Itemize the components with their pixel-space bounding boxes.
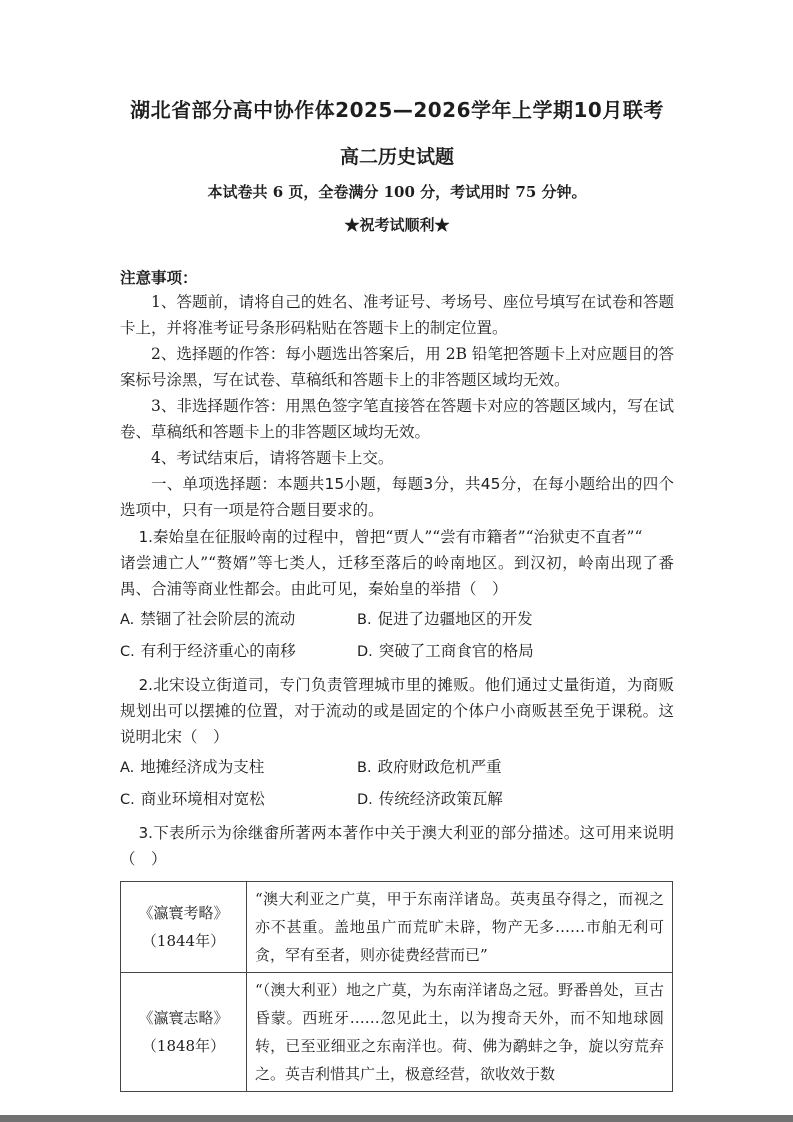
option-text: 传统经济政策瓦解 [379, 790, 503, 808]
option-text: 突破了工商食官的格局 [379, 642, 534, 660]
option-text: 促进了边疆地区的开发 [378, 610, 533, 628]
question-1-option-d: D.突破了工商食官的格局 [357, 636, 674, 668]
question-2-stem-text: 北宋设立街道司，专门负责管理城市里的摊贩。他们通过丈量街道，为商贩规划出可以摆摊… [120, 676, 674, 746]
question-3-stem-text: 下表所示为徐继畬所著两本著作中关于澳大利亚的部分描述。这可用来说明（ ） [120, 824, 674, 868]
option-letter: C. [120, 792, 135, 808]
notice-item-3: 3、非选择题作答：用黑色签字笔直接答在答题卡对应的答题区域内，写在试卷、草稿纸和… [120, 393, 674, 445]
option-text: 商业环境相对宽松 [141, 790, 265, 808]
option-letter: B. [357, 760, 372, 776]
question-1-stem-rest: 诸尝逋亡人”“赘婿”等七类人，迁移至落后的岭南地区。到汉初，岭南出现了番禺、合浦… [120, 554, 674, 598]
question-2-option-d: D.传统经济政策瓦解 [357, 784, 674, 816]
notice-item-1: 1、答题前，请将自己的姓名、准考证号、考场号、座位号填写在试卷和答题卡上，并将准… [120, 289, 674, 341]
table-cell-source: 《瀛寰考略》（1844年） [121, 882, 247, 973]
question-1-stem: 1.秦始皇在征服岭南的过程中，曾把“贾人”“尝有市籍者”“治狱吏不直者”“ 诸尝… [120, 524, 674, 602]
question-1-number: 1. [139, 528, 153, 546]
question-3-stem: 3.下表所示为徐继畬所著两本著作中关于澳大利亚的部分描述。这可用来说明（ ） [120, 820, 674, 872]
table-cell-description: “澳大利亚之广莫，甲于东南洋诸岛。英夷虽夺得之，而视之亦不甚重。盖地虽广而荒旷未… [247, 882, 673, 973]
option-text: 有利于经济重心的南移 [141, 642, 296, 660]
question-1-options: A.禁锢了社会阶层的流动 B.促进了边疆地区的开发 C.有利于经济重心的南移 D… [120, 604, 674, 668]
question-2-option-a: A.地摊经济成为支柱 [120, 752, 357, 784]
option-letter: A. [120, 612, 134, 628]
exam-subtitle: 高二历史试题 [120, 144, 674, 170]
table-cell-description: “（澳大利亚）地之广莫，为东南洋诸岛之冠。野番兽处，亘古昏蒙。西班牙……忽见此土… [247, 973, 673, 1092]
question-1-option-b: B.促进了边疆地区的开发 [357, 604, 674, 636]
option-letter: B. [357, 612, 372, 628]
question-2-option-c: C.商业环境相对宽松 [120, 784, 357, 816]
exam-document-page: 湖北省部分高中协作体2025—2026学年上学期10月联考 高二历史试题 本试卷… [120, 0, 674, 1092]
table-cell-source: 《瀛寰志略》（1848年） [121, 973, 247, 1092]
section-label: 一、单项选择题： [151, 475, 277, 493]
option-letter: D. [357, 644, 373, 660]
question-1-option-c: C.有利于经济重心的南移 [120, 636, 357, 668]
option-letter: D. [357, 792, 373, 808]
question-1-stem-line1: 秦始皇在征服岭南的过程中，曾把“贾人”“尝有市籍者”“治狱吏不直者”“ [153, 528, 642, 546]
question-2-number: 2. [139, 676, 153, 694]
question-2-options: A.地摊经济成为支柱 B.政府财政危机严重 C.商业环境相对宽松 D.传统经济政… [120, 752, 674, 816]
exam-wish-line: ★祝考试顺利★ [120, 215, 674, 235]
option-text: 地摊经济成为支柱 [140, 758, 264, 776]
viewer-bottom-edge [0, 1115, 793, 1122]
exam-info-line: 本试卷共 6 页，全卷满分 100 分，考试用时 75 分钟。 [120, 182, 674, 202]
notices-heading: 注意事项： [120, 267, 674, 289]
section-heading: 一、单项选择题：本题共15小题，每题3分，共45分，在每小题给出的四个选项中，只… [120, 471, 674, 523]
notice-item-2: 2、选择题的作答：每小题选出答案后，用 2B 铅笔把答题卡上对应题目的答案标号涂… [120, 341, 674, 393]
question-2-option-b: B.政府财政危机严重 [357, 752, 674, 784]
option-text: 政府财政危机严重 [378, 758, 502, 776]
question-1-option-a: A.禁锢了社会阶层的流动 [120, 604, 357, 636]
question-3-table: 《瀛寰考略》（1844年） “澳大利亚之广莫，甲于东南洋诸岛。英夷虽夺得之，而视… [120, 881, 673, 1092]
option-text: 禁锢了社会阶层的流动 [140, 610, 295, 628]
exam-title: 湖北省部分高中协作体2025—2026学年上学期10月联考 [120, 96, 674, 124]
question-2-stem: 2.北宋设立街道司，专门负责管理城市里的摊贩。他们通过丈量街道，为商贩规划出可以… [120, 672, 674, 750]
table-row: 《瀛寰志略》（1848年） “（澳大利亚）地之广莫，为东南洋诸岛之冠。野番兽处，… [121, 973, 673, 1092]
notice-item-4: 4、考试结束后，请将答题卡上交。 [120, 445, 674, 471]
option-letter: A. [120, 760, 134, 776]
table-row: 《瀛寰考略》（1844年） “澳大利亚之广莫，甲于东南洋诸岛。英夷虽夺得之，而视… [121, 882, 673, 973]
option-letter: C. [120, 644, 135, 660]
question-3-number: 3. [139, 824, 153, 842]
